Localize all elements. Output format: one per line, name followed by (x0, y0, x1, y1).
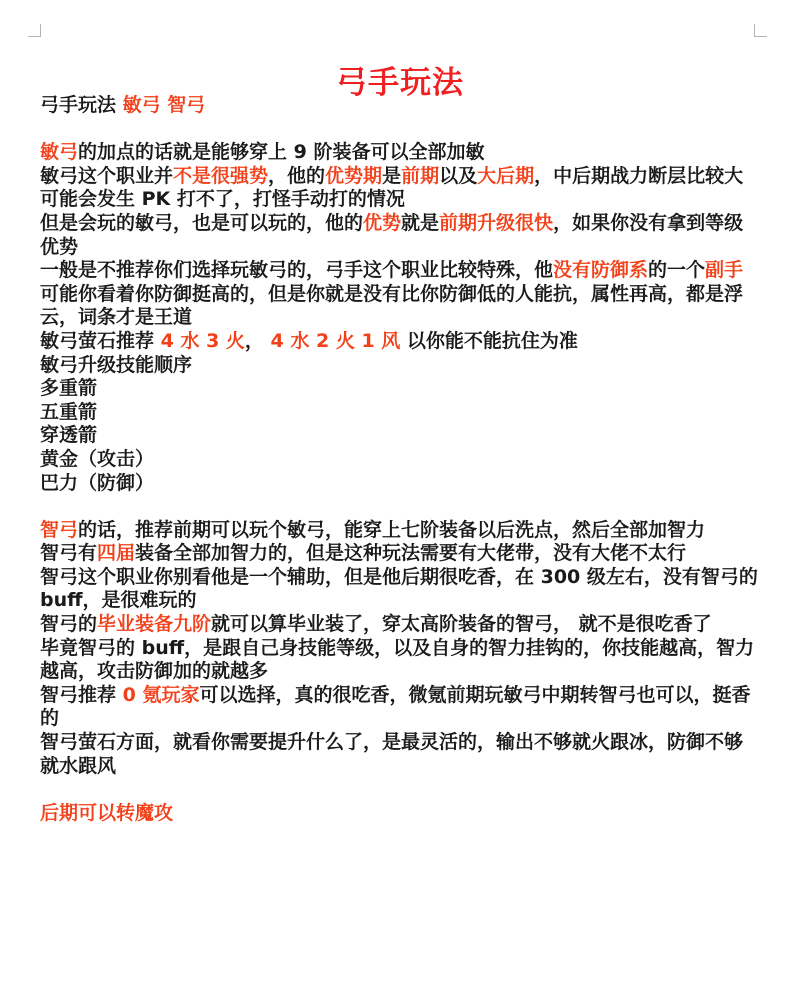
body-text: 黄金（攻击） (40, 448, 154, 470)
body-text: 智弓推荐 (40, 684, 123, 706)
paragraph: 黄金（攻击） (40, 448, 760, 472)
body-text: 多重箭 (40, 377, 97, 399)
highlighted-text: 敏弓 (40, 141, 78, 163)
highlighted-text: 四届 (97, 542, 135, 564)
paragraph: 多重箭 (40, 377, 760, 401)
body-text: ， (245, 330, 271, 352)
body-text: 穿透箭 (40, 424, 97, 446)
highlighted-text: 智弓 (40, 519, 78, 541)
highlighted-text: 优势 (363, 212, 401, 234)
body-text: 以及 (439, 165, 477, 187)
highlighted-text: 不是很强势 (173, 165, 268, 187)
body-text: 装备全部加智力的，但是这种玩法需要有大佬带，没有大佬不太行 (135, 542, 686, 564)
body-text: 但是会玩的敏弓，也是可以玩的，他的 (40, 212, 363, 234)
body-text: 的话，推荐前期可以玩个敏弓，能穿上七阶装备以后洗点，然后全部加智力 (78, 519, 705, 541)
body-text: 敏弓萤石推荐 (40, 330, 161, 352)
highlighted-text: 副手 (705, 259, 743, 281)
body-text: 的加点的话就是能够穿上 9 阶装备可以全部加敏 (78, 141, 484, 163)
paragraph: 可能会发生 PK 打不了，打怪手动打的情况 (40, 188, 760, 212)
paragraph: 巴力（防御） (40, 472, 760, 496)
paragraph: 毕竟智弓的 buff，是跟自己身技能等级，以及自身的智力挂钩的，你技能越高，智力… (40, 637, 760, 684)
page-corner-mark-top-left (28, 24, 41, 37)
body-text: ，中后期战力断层比较大 (534, 165, 743, 187)
highlighted-text: 4 水 3 火 (161, 330, 245, 352)
paragraph: 但是会玩的敏弓，也是可以玩的，他的优势就是前期升级很快，如果你没有拿到等级优势 (40, 212, 760, 259)
paragraph-spacer (40, 118, 760, 142)
highlighted-text: 大后期 (477, 165, 534, 187)
highlighted-text: 后期可以转魔攻 (40, 802, 173, 824)
highlighted-text: 没有防御系 (553, 259, 648, 281)
body-text: 智弓的 (40, 613, 97, 635)
paragraph: 智弓的毕业装备九阶就可以算毕业装了，穿太高阶装备的智弓， 就不是很吃香了 (40, 613, 760, 637)
highlighted-text: 敏弓 智弓 (123, 94, 206, 116)
highlighted-text: 前期 (401, 165, 439, 187)
highlighted-text: 优势期 (325, 165, 382, 187)
highlighted-text: 前期升级很快 (439, 212, 553, 234)
body-text: ，他的 (268, 165, 325, 187)
paragraph: 弓手玩法 敏弓 智弓 (40, 94, 760, 118)
paragraph: 穿透箭 (40, 424, 760, 448)
body-text: 毕竟智弓的 buff，是跟自己身技能等级，以及自身的智力挂钩的，你技能越高，智力… (40, 637, 754, 683)
body-text: 弓手玩法 (40, 94, 123, 116)
paragraph: 智弓的话，推荐前期可以玩个敏弓，能穿上七阶装备以后洗点，然后全部加智力 (40, 519, 760, 543)
body-text: 的一个 (648, 259, 705, 281)
paragraph: 敏弓的加点的话就是能够穿上 9 阶装备可以全部加敏 (40, 141, 760, 165)
body-text: 就是 (401, 212, 439, 234)
body-text: 以你能不能抗住为准 (400, 330, 578, 352)
paragraph-spacer (40, 778, 760, 802)
body-text: 智弓萤石方面，就看你需要提升什么了，是最灵活的，输出不够就火跟冰，防御不够就水跟… (40, 731, 743, 777)
body-text: 就可以算毕业装了，穿太高阶装备的智弓， 就不是很吃香了 (211, 613, 712, 635)
paragraph: 智弓这个职业你别看他是一个辅助，但是他后期很吃香，在 300 级左右，没有智弓的… (40, 566, 760, 613)
body-text: 智弓有 (40, 542, 97, 564)
paragraph: 智弓有四届装备全部加智力的，但是这种玩法需要有大佬带，没有大佬不太行 (40, 542, 760, 566)
document-body: 弓手玩法 敏弓 智弓敏弓的加点的话就是能够穿上 9 阶装备可以全部加敏敏弓这个职… (40, 94, 760, 825)
body-text: 可能会发生 PK 打不了，打怪手动打的情况 (40, 188, 405, 210)
paragraph: 五重箭 (40, 401, 760, 425)
body-text: 敏弓升级技能顺序 (40, 354, 192, 376)
body-text: 五重箭 (40, 401, 97, 423)
body-text: 一般是不推荐你们选择玩敏弓的，弓手这个职业比较特殊，他 (40, 259, 553, 281)
paragraph: 可能你看着你防御挺高的，但是你就是没有比你防御低的人能抗，属性再高，都是浮云，词… (40, 283, 760, 330)
paragraph-spacer (40, 495, 760, 519)
paragraph: 智弓推荐 0 氪玩家可以选择，真的很吃香，微氪前期玩敏弓中期转智弓也可以，挺香的 (40, 684, 760, 731)
paragraph: 后期可以转魔攻 (40, 802, 760, 826)
highlighted-text: 毕业装备九阶 (97, 613, 211, 635)
highlighted-text: 0 氪玩家 (123, 684, 200, 706)
paragraph: 敏弓这个职业并不是很强势，他的优势期是前期以及大后期，中后期战力断层比较大 (40, 165, 760, 189)
paragraph: 敏弓萤石推荐 4 水 3 火， 4 水 2 火 1 风 以你能不能抗住为准 (40, 330, 760, 354)
body-text: 可能你看着你防御挺高的，但是你就是没有比你防御低的人能抗，属性再高，都是浮云，词… (40, 283, 743, 329)
body-text: 巴力（防御） (40, 472, 154, 494)
body-text: 是 (382, 165, 401, 187)
body-text: 敏弓这个职业并 (40, 165, 173, 187)
highlighted-text: 4 水 2 火 1 风 (271, 330, 401, 352)
paragraph: 一般是不推荐你们选择玩敏弓的，弓手这个职业比较特殊，他没有防御系的一个副手 (40, 259, 760, 283)
paragraph: 敏弓升级技能顺序 (40, 354, 760, 378)
page-corner-mark-top-right (754, 24, 767, 37)
body-text: 智弓这个职业你别看他是一个辅助，但是他后期很吃香，在 300 级左右，没有智弓的… (40, 566, 758, 612)
paragraph: 智弓萤石方面，就看你需要提升什么了，是最灵活的，输出不够就火跟冰，防御不够就水跟… (40, 731, 760, 778)
